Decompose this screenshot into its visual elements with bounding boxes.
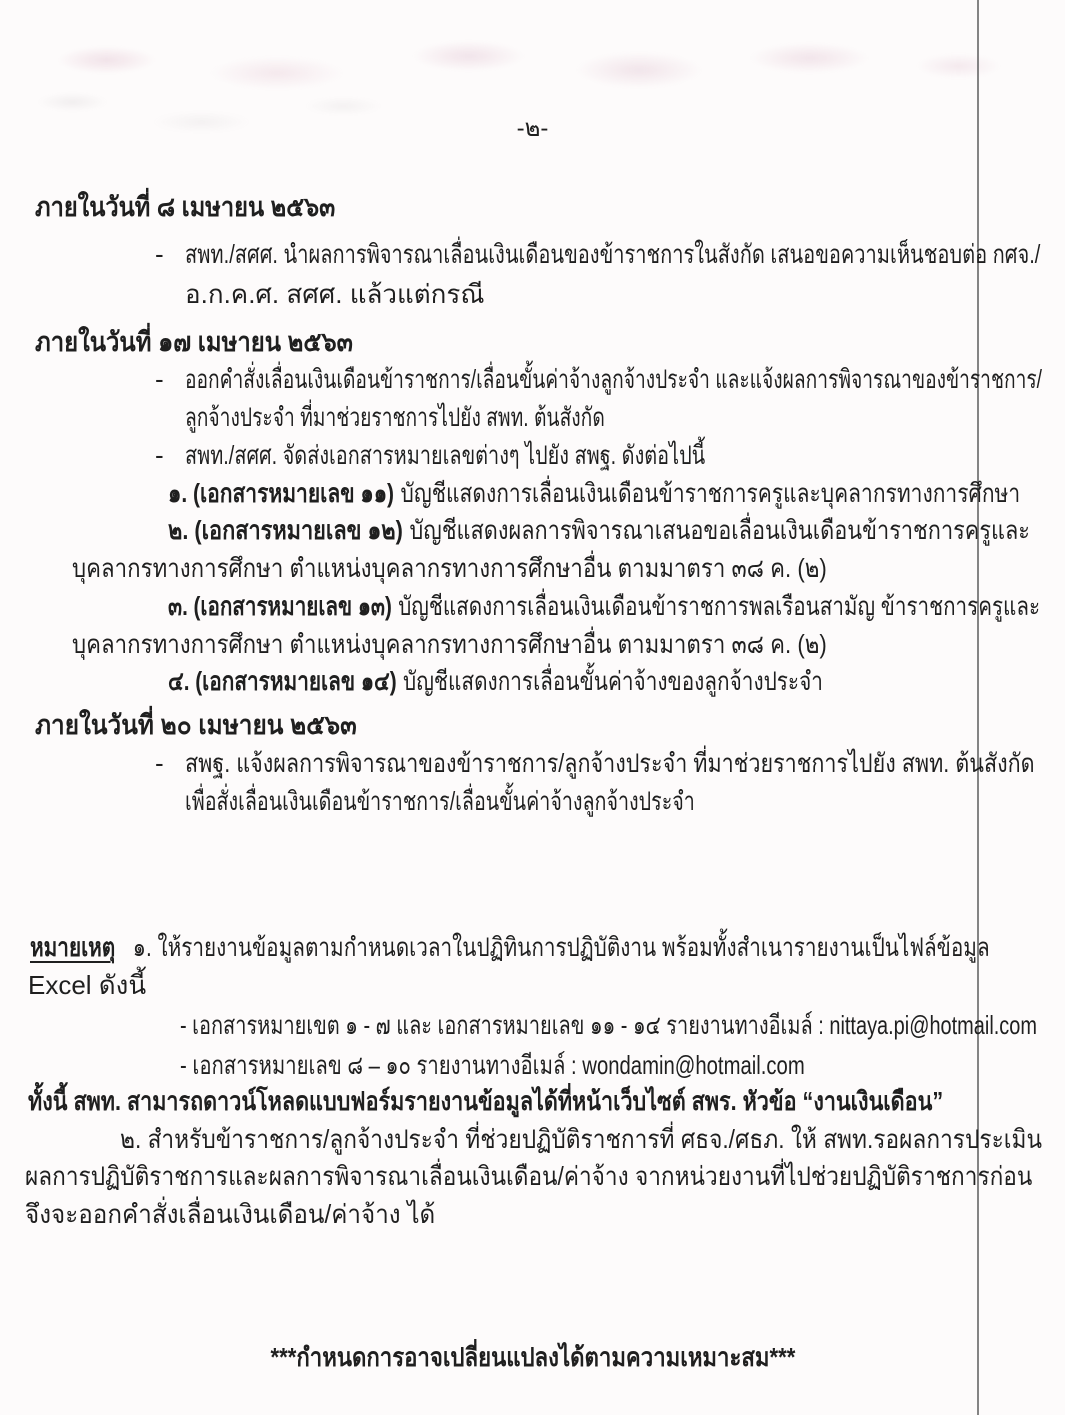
bullet-line: ลูกจ้างประจำ ที่มาช่วยราชการไปยัง สพท. ต… <box>185 400 605 434</box>
document-text: บัญชีแสดงการเลื่อนขั้นค่าจ้างของลูกจ้างป… <box>403 666 823 696</box>
scan-noise-band <box>0 18 1065 118</box>
document-continuation-line: บุคลากรทางการศึกษา ตำแหน่งบุคลากรทางการศ… <box>72 551 827 585</box>
document-item: ๑. (เอกสารหมายเลข ๑๑)บัญชีแสดงการเลื่อนเ… <box>168 476 1020 510</box>
section-heading: ภายในวันที่ ๒๐ เมษายน ๒๕๖๓ <box>35 708 357 742</box>
download-note-line: ทั้งนี้ สพท. สามารถดาวน์โหลดแบบฟอร์มรายง… <box>28 1084 943 1118</box>
document-label: ๓. (เอกสารหมายเลข ๑๓) <box>168 591 392 621</box>
document-continuation-line: บุคลากรทางการศึกษา ตำแหน่งบุคลากรทางการศ… <box>72 627 827 661</box>
bullet-dash: - <box>155 438 164 472</box>
notes-first-line: หมายเหตุ๑. ให้รายงานข้อมูลตามกำหนดเวลาใน… <box>30 930 990 964</box>
document-label: ๒. (เอกสารหมายเลข ๑๒) <box>168 515 403 545</box>
notes-label: หมายเหตุ <box>30 932 115 962</box>
bullet-dash: - <box>155 746 164 780</box>
document-item: ๔. (เอกสารหมายเลข ๑๔)บัญชีแสดงการเลื่อนข… <box>168 664 823 698</box>
page-number: -๒- <box>0 112 1065 146</box>
section-heading: ภายในวันที่ ๘ เมษายน ๒๕๖๓ <box>35 190 335 224</box>
note-line: Excel ดังนี้ <box>28 968 146 1002</box>
scan-fold-line <box>977 0 979 1415</box>
bullet-line: อ.ก.ค.ศ. สศศ. แล้วแต่กรณี <box>185 277 484 311</box>
email-line: - เอกสารหมายเขต ๑ - ๗ และ เอกสารหมายเลข … <box>180 1008 1037 1042</box>
note-line: ๒. สำหรับข้าราชการ/ลูกจ้างประจำ ที่ช่วยป… <box>120 1122 1042 1156</box>
bullet-line: สพท./สศศ. จัดส่งเอกสารหมายเลขต่างๆ ไปยัง… <box>185 438 705 472</box>
note-line: ๑. ให้รายงานข้อมูลตามกำหนดเวลาในปฏิทินกา… <box>133 932 990 962</box>
email-line: - เอกสารหมายเลข ๘ – ๑๐ รายงานทางอีเมล์ :… <box>180 1048 805 1082</box>
note-line: ผลการปฏิบัติราชการและผลการพิจารณาเลื่อนเ… <box>25 1159 1032 1193</box>
document-item: ๓. (เอกสารหมายเลข ๑๓)บัญชีแสดงการเลื่อนเ… <box>168 589 1040 623</box>
bullet-dash: - <box>155 362 164 396</box>
bullet-line: สพฐ. แจ้งผลการพิจารณาของข้าราชการ/ลูกจ้า… <box>185 746 1035 780</box>
section-heading: ภายในวันที่ ๑๗ เมษายน ๒๕๖๓ <box>35 325 353 359</box>
bullet-line: ออกคำสั่งเลื่อนเงินเดือนข้าราชการ/เลื่อน… <box>185 362 1042 396</box>
document-text: บัญชีแสดงการเลื่อนเงินเดือนข้าราชการครูแ… <box>400 478 1020 508</box>
document-item: ๒. (เอกสารหมายเลข ๑๒)บัญชีแสดงผลการพิจาร… <box>168 513 1030 547</box>
note-line: จึงจะออกคำสั่งเลื่อนเงินเดือน/ค่าจ้าง ได… <box>25 1197 435 1231</box>
document-text: บัญชีแสดงการเลื่อนเงินเดือนข้าราชการพลเร… <box>398 591 1040 621</box>
bullet-line: สพท./สศศ. นำผลการพิจารณาเลื่อนเงินเดือนข… <box>185 237 1040 271</box>
bullet-line: เพื่อสั่งเลื่อนเงินเดือนข้าราชการ/เลื่อน… <box>185 784 695 818</box>
document-text: บัญชีแสดงผลการพิจารณาเสนอขอเลื่อนเงินเดื… <box>410 515 1030 545</box>
bullet-dash: - <box>155 237 164 271</box>
footer-note: ***กำหนดการอาจเปลี่ยนแปลงได้ตามความเหมาะ… <box>0 1340 1065 1374</box>
document-label: ๑. (เอกสารหมายเลข ๑๑) <box>168 478 394 508</box>
scanned-document-page: -๒- ภายในวันที่ ๘ เมษายน ๒๕๖๓ - สพท./สศศ… <box>0 0 1065 1415</box>
document-label: ๔. (เอกสารหมายเลข ๑๔) <box>168 666 397 696</box>
